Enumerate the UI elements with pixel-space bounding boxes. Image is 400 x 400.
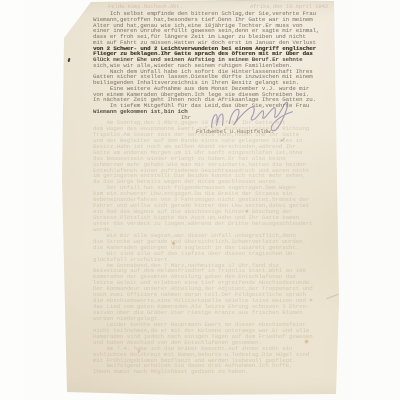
ink-mark xyxy=(68,58,71,62)
signature-role-line: Feldwebel u.Hauptfeldw. xyxy=(196,128,274,135)
ghost-line: Ihnen damit nach Möglichkeit gedient zu … xyxy=(93,369,335,375)
check-mark: ✓ xyxy=(280,136,286,144)
ghost-letterhead-unit: Feldw.Komp.Nachsch.Abt. xyxy=(108,3,183,10)
foxing-stain xyxy=(246,210,248,212)
foxing-stain xyxy=(305,340,308,343)
ghost-letterhead-date: Afrika,den 10.April 1942 xyxy=(250,3,328,10)
letter-page: Feldw.Komp.Nachsch.Abt. Afrika,den 10.Ap… xyxy=(0,0,400,400)
ghost-text-block: Am Sonntag,den 1.März,gegen 10 Uhr,fuhr … xyxy=(93,120,335,375)
foxing-stain xyxy=(172,242,175,245)
foxing-stain xyxy=(310,299,312,301)
foxing-stain xyxy=(138,350,140,352)
ghost-line: unter das Verdeck zu liegen,während der … xyxy=(93,221,335,227)
photo-of-letter: Feldw.Komp.Nachsch.Abt. Afrika,den 10.Ap… xyxy=(0,0,400,400)
